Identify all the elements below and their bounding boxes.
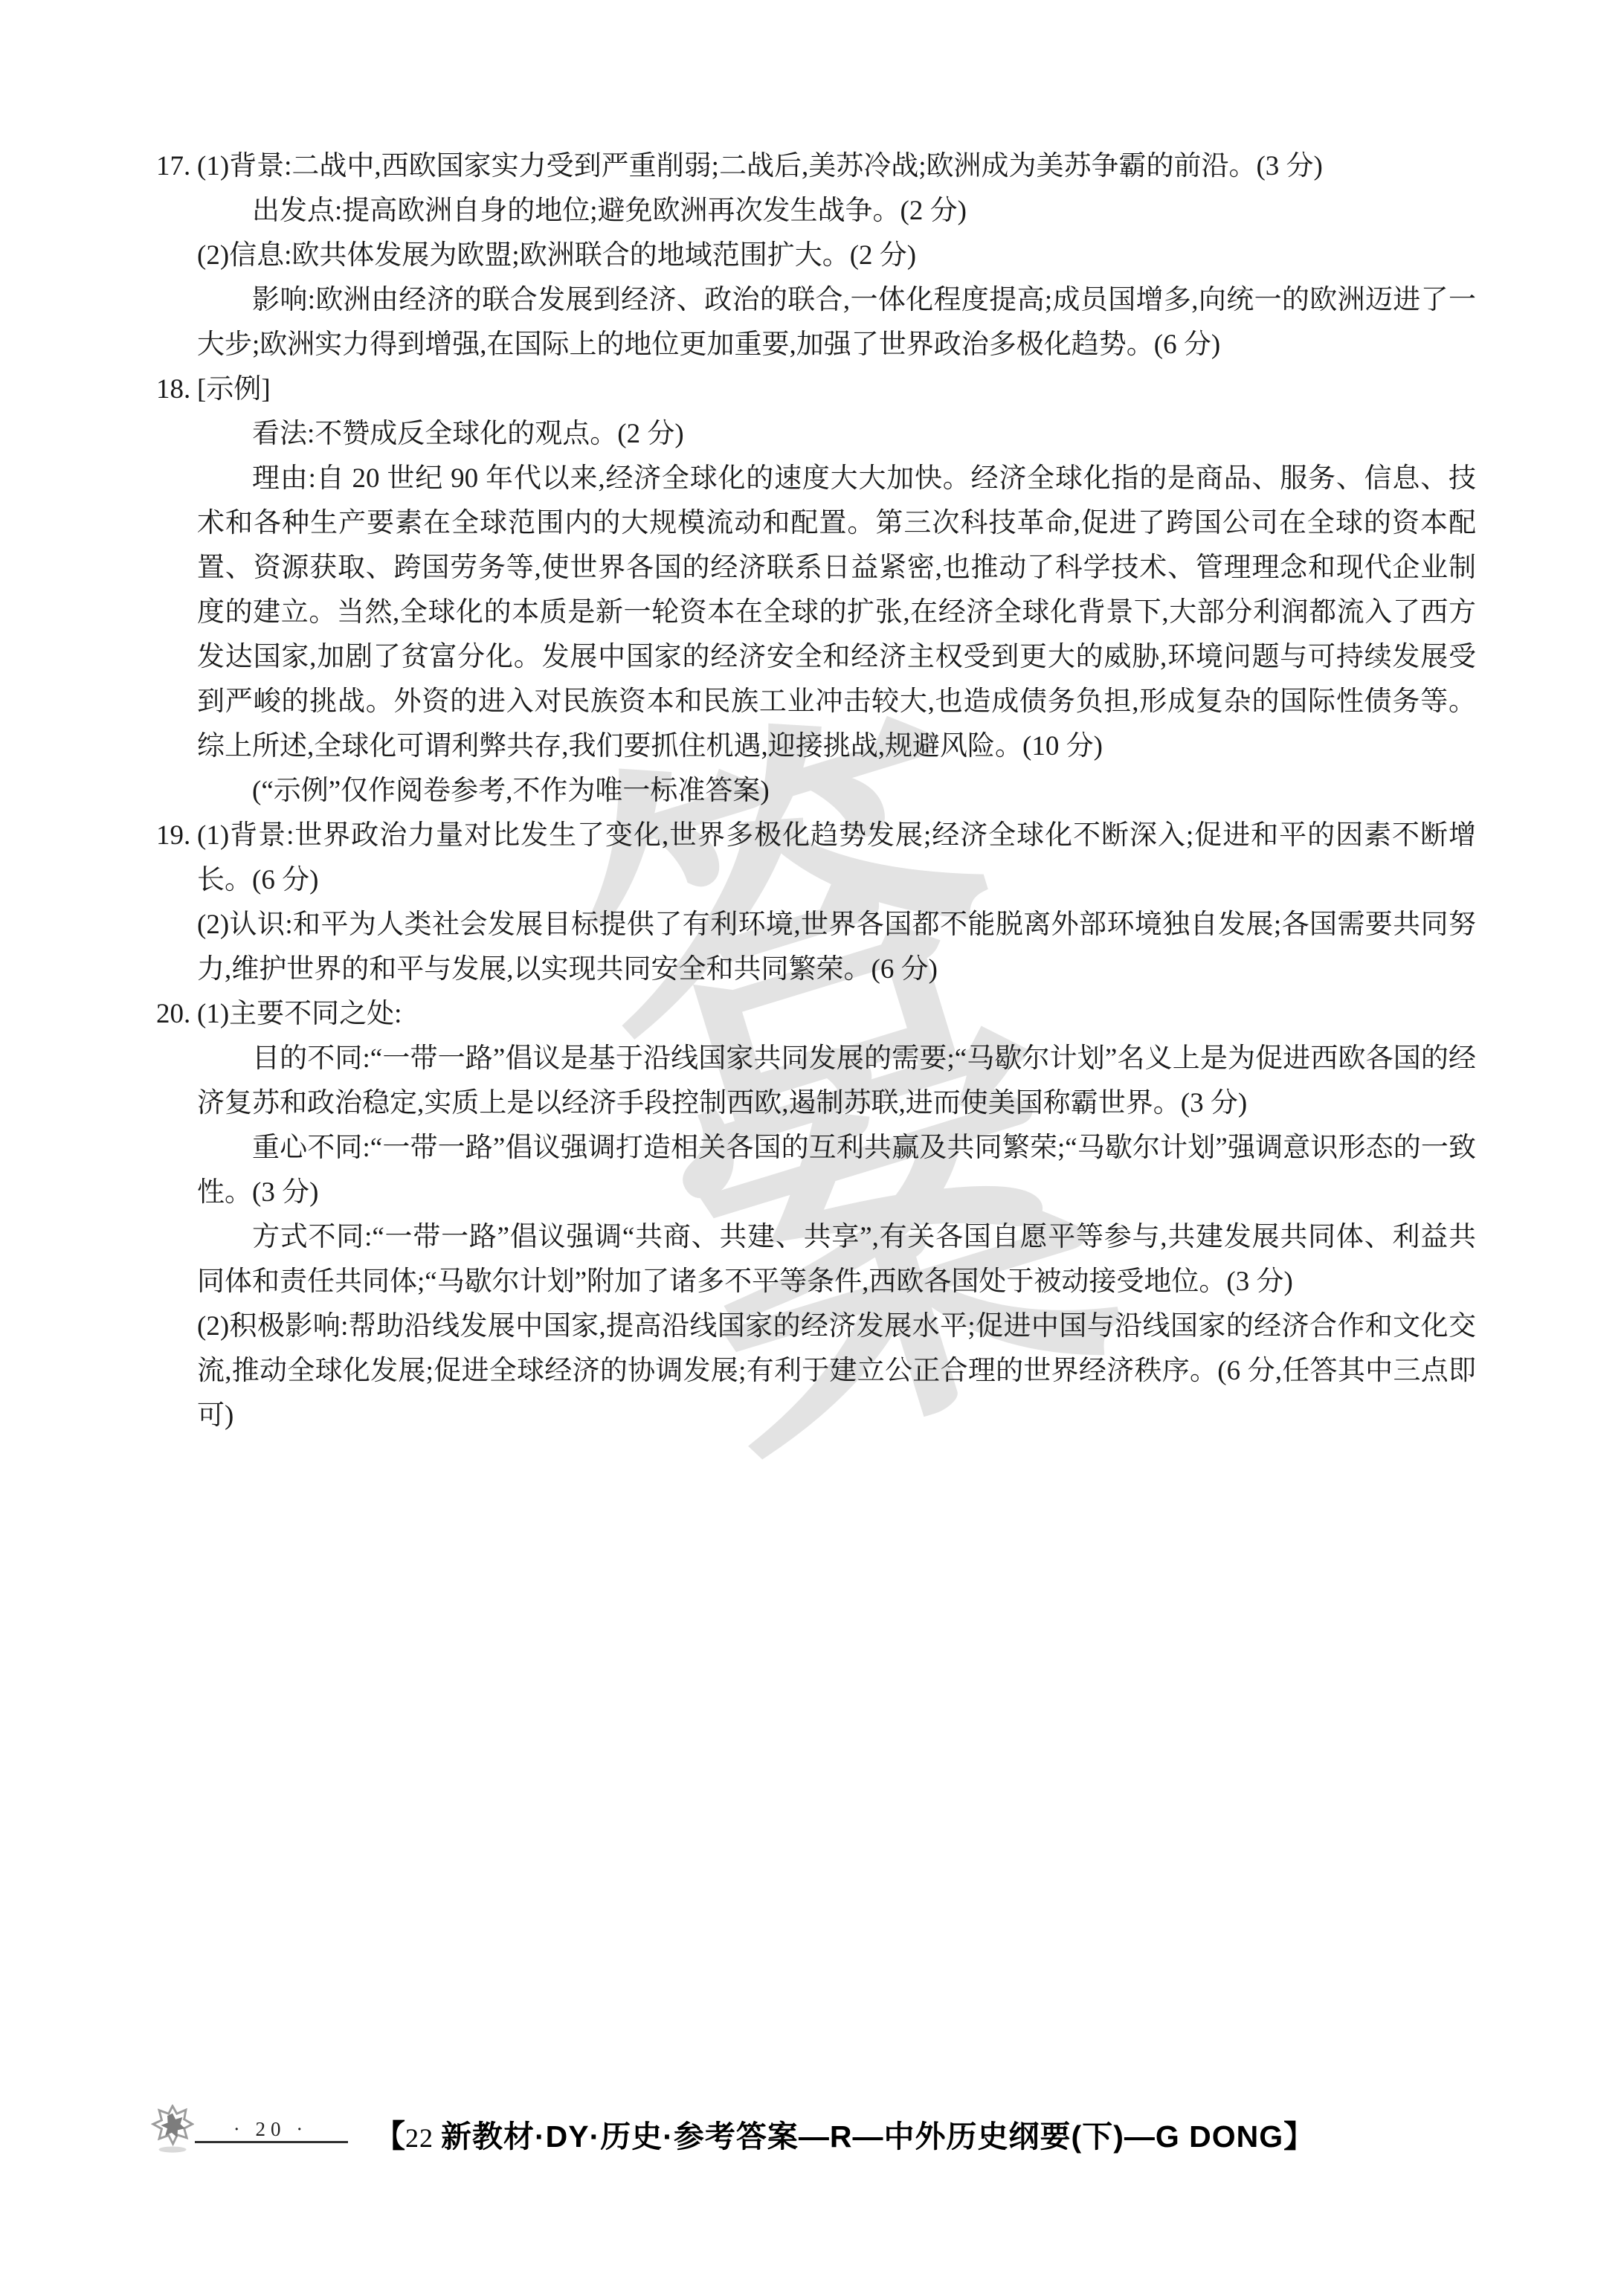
item-content: (1)背景:世界政治力量对比发生了变化,世界多极化趋势发展;经济全球化不断深入;… xyxy=(197,814,1476,992)
star-burst-logo-icon xyxy=(151,2105,194,2157)
answer-paragraph: (1)背景:世界政治力量对比发生了变化,世界多极化趋势发展;经济全球化不断深入;… xyxy=(197,814,1476,903)
page-number-underline xyxy=(195,2141,348,2143)
page-number: · 20 · xyxy=(192,2118,349,2141)
item-number: 20. xyxy=(156,992,190,1037)
publication-edition: 22 xyxy=(405,2123,441,2153)
publication-line: 【22 新教材·DY·历史·参考答案—R—中外历史纲要(下)—G DONG】 xyxy=(374,2112,1315,2148)
publication-open-bracket: 【 xyxy=(374,2119,405,2154)
answer-paragraph: (1)背景:二战中,西欧国家实力受到严重削弱;二战后,美苏冷战;欧洲成为美苏争霸… xyxy=(197,144,1476,189)
publication-title: 新教材·DY·历史·参考答案—R—中外历史纲要(下)—G DONG】 xyxy=(441,2119,1315,2154)
item-content: (1)背景:二战中,西欧国家实力受到严重削弱;二战后,美苏冷战;欧洲成为美苏争霸… xyxy=(197,144,1476,367)
answer-paragraph: 目的不同:“一带一路”倡议是基于沿线国家共同发展的需要;“马歇尔计划”名义上是为… xyxy=(197,1037,1476,1126)
item-number: 19. xyxy=(156,814,190,858)
answer-paragraph: 重心不同:“一带一路”倡议强调打造相关各国的互利共赢及共同繁荣;“马歇尔计划”强… xyxy=(197,1126,1476,1215)
answer-paragraph: 出发点:提高欧洲自身的地位;避免欧洲再次发生战争。(2 分) xyxy=(197,189,1476,234)
answer-paragraph: (2)积极影响:帮助沿线发展中国家,提高沿线国家的经济发展水平;促进中国与沿线国… xyxy=(197,1304,1476,1438)
answer-body: 17. (1)背景:二战中,西欧国家实力受到严重削弱;二战后,美苏冷战;欧洲成为… xyxy=(156,144,1476,1438)
item-number: 17. xyxy=(156,144,190,189)
item-number: 18. xyxy=(156,367,190,412)
answer-paragraph: 理由:自 20 世纪 90 年代以来,经济全球化的速度大大加快。经济全球化指的是… xyxy=(197,457,1476,769)
answer-paragraph: 看法:不赞成反全球化的观点。(2 分) xyxy=(197,412,1476,457)
item-content: [示例] 看法:不赞成反全球化的观点。(2 分) 理由:自 20 世纪 90 年… xyxy=(197,367,1476,814)
answer-item-17: 17. (1)背景:二战中,西欧国家实力受到严重削弱;二战后,美苏冷战;欧洲成为… xyxy=(156,144,1476,367)
answer-paragraph: (1)主要不同之处: xyxy=(197,992,1476,1037)
answer-paragraph: (“示例”仅作阅卷参考,不作为唯一标准答案) xyxy=(197,769,1476,814)
answer-item-18: 18. [示例] 看法:不赞成反全球化的观点。(2 分) 理由:自 20 世纪 … xyxy=(156,367,1476,814)
answer-paragraph: 方式不同:“一带一路”倡议强调“共商、共建、共享”,有关各国自愿平等参与,共建发… xyxy=(197,1215,1476,1304)
answer-paragraph: 影响:欧洲由经济的联合发展到经济、政治的联合,一体化程度提高;成员国增多,向统一… xyxy=(197,278,1476,367)
item-content: (1)主要不同之处: 目的不同:“一带一路”倡议是基于沿线国家共同发展的需要;“… xyxy=(197,992,1476,1438)
answer-paragraph: [示例] xyxy=(197,367,1476,412)
answer-paragraph: (2)信息:欧共体发展为欧盟;欧洲联合的地域范围扩大。(2 分) xyxy=(197,234,1476,278)
answer-paragraph: (2)认识:和平为人类社会发展目标提供了有利环境,世界各国都不能脱离外部环境独自… xyxy=(197,903,1476,992)
answer-item-20: 20. (1)主要不同之处: 目的不同:“一带一路”倡议是基于沿线国家共同发展的… xyxy=(156,992,1476,1438)
answer-key-page: 答 案 17. (1)背景:二战中,西欧国家实力受到严重削弱;二战后,美苏冷战;… xyxy=(0,0,1624,2283)
answer-item-19: 19. (1)背景:世界政治力量对比发生了变化,世界多极化趋势发展;经济全球化不… xyxy=(156,814,1476,992)
